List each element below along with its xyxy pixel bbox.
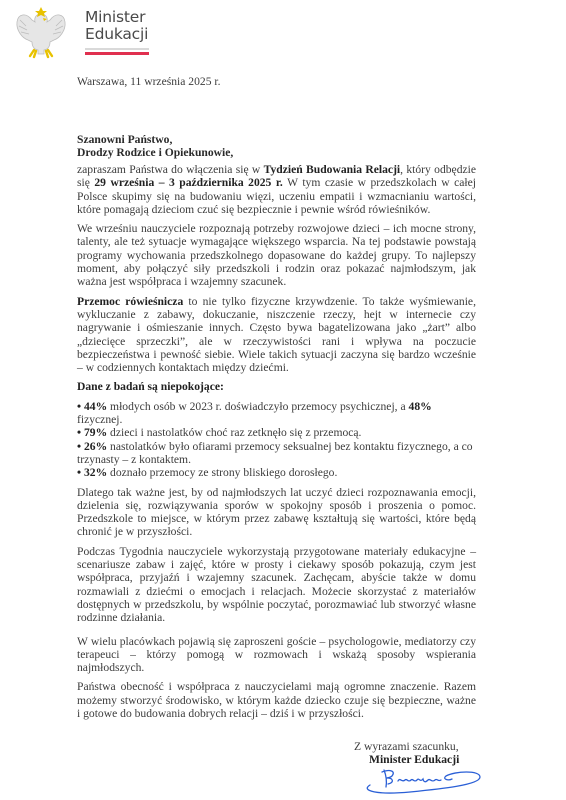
salutation-line-1: Szanowni Państwo, [77,133,233,146]
paragraph-invitation: zapraszam Państwa do włączenia się w Tyd… [77,163,476,216]
term-peer-violence: Przemoc rówieśnicza [77,295,183,308]
salutation: Szanowni Państwo, Drodzy Rodzice i Opiek… [77,133,233,160]
statistic-percent: 79% [84,426,107,439]
ministry-logo: Minister Edukacji [8,4,208,60]
polish-eagle-emblem-icon [14,4,68,60]
salutation-line-2: Drodzy Rodzice i Opiekunowie, [77,146,233,159]
statistic-percent: 44% [84,400,107,413]
statistic-percent: 48% [409,400,432,413]
statistic-item: • 79% dzieci i nastolatków choć raz zetk… [77,426,476,439]
closing-block: Z wyrazami szacunku, Minister Edukacji [354,740,459,767]
logo-line-1: Minister [85,9,148,26]
paragraph-september: We wrześniu nauczyciele rozpoznają potrz… [77,222,476,288]
data-heading: Dane z badań są niepokojące: [77,380,476,393]
statistics-list: • 44% młodych osób w 2023 r. doświadczył… [77,400,476,480]
logo-line-2: Edukacji [85,26,148,43]
event-dates: 29 września – 3 października 2025 r. [94,176,282,189]
paragraph-peer-violence: Przemoc rówieśnicza to nie tylko fizyczn… [77,295,476,375]
paragraph-why: Dlatego tak ważne jest, by od najmłodszy… [77,486,476,539]
bullet-icon: • [77,426,81,439]
statistic-item: • 32% doznało przemocy ze strony bliskie… [77,466,476,479]
closing-phrase: Z wyrazami szacunku, [354,740,459,753]
bullet-icon: • [77,400,81,413]
paragraph-week: Podczas Tygodnia nauczyciele wykorzystaj… [77,545,476,625]
statistic-percent: 32% [84,466,107,479]
event-name: Tydzień Budowania Relacji [264,163,401,176]
statistic-percent: 26% [84,440,107,453]
bullet-icon: • [77,440,81,453]
bullet-icon: • [77,466,81,479]
statistic-item: • 44% młodych osób w 2023 r. doświadczył… [77,400,476,427]
handwritten-signature-icon [360,767,490,795]
statistic-item: • 26% nastolatków było ofiarami przemocy… [77,440,476,467]
paragraph-guests: W wielu placówkach pojawią się zaproszen… [77,635,476,675]
paragraph-closing: Państwa obecność i współpraca z nauczyci… [77,680,476,720]
letter-body: zapraszam Państwa do włączenia się w Tyd… [77,163,476,726]
signatory-title: Minister Edukacji [354,753,459,766]
letter-date: Warszawa, 11 września 2025 r. [77,75,221,88]
flag-bar [85,48,149,55]
